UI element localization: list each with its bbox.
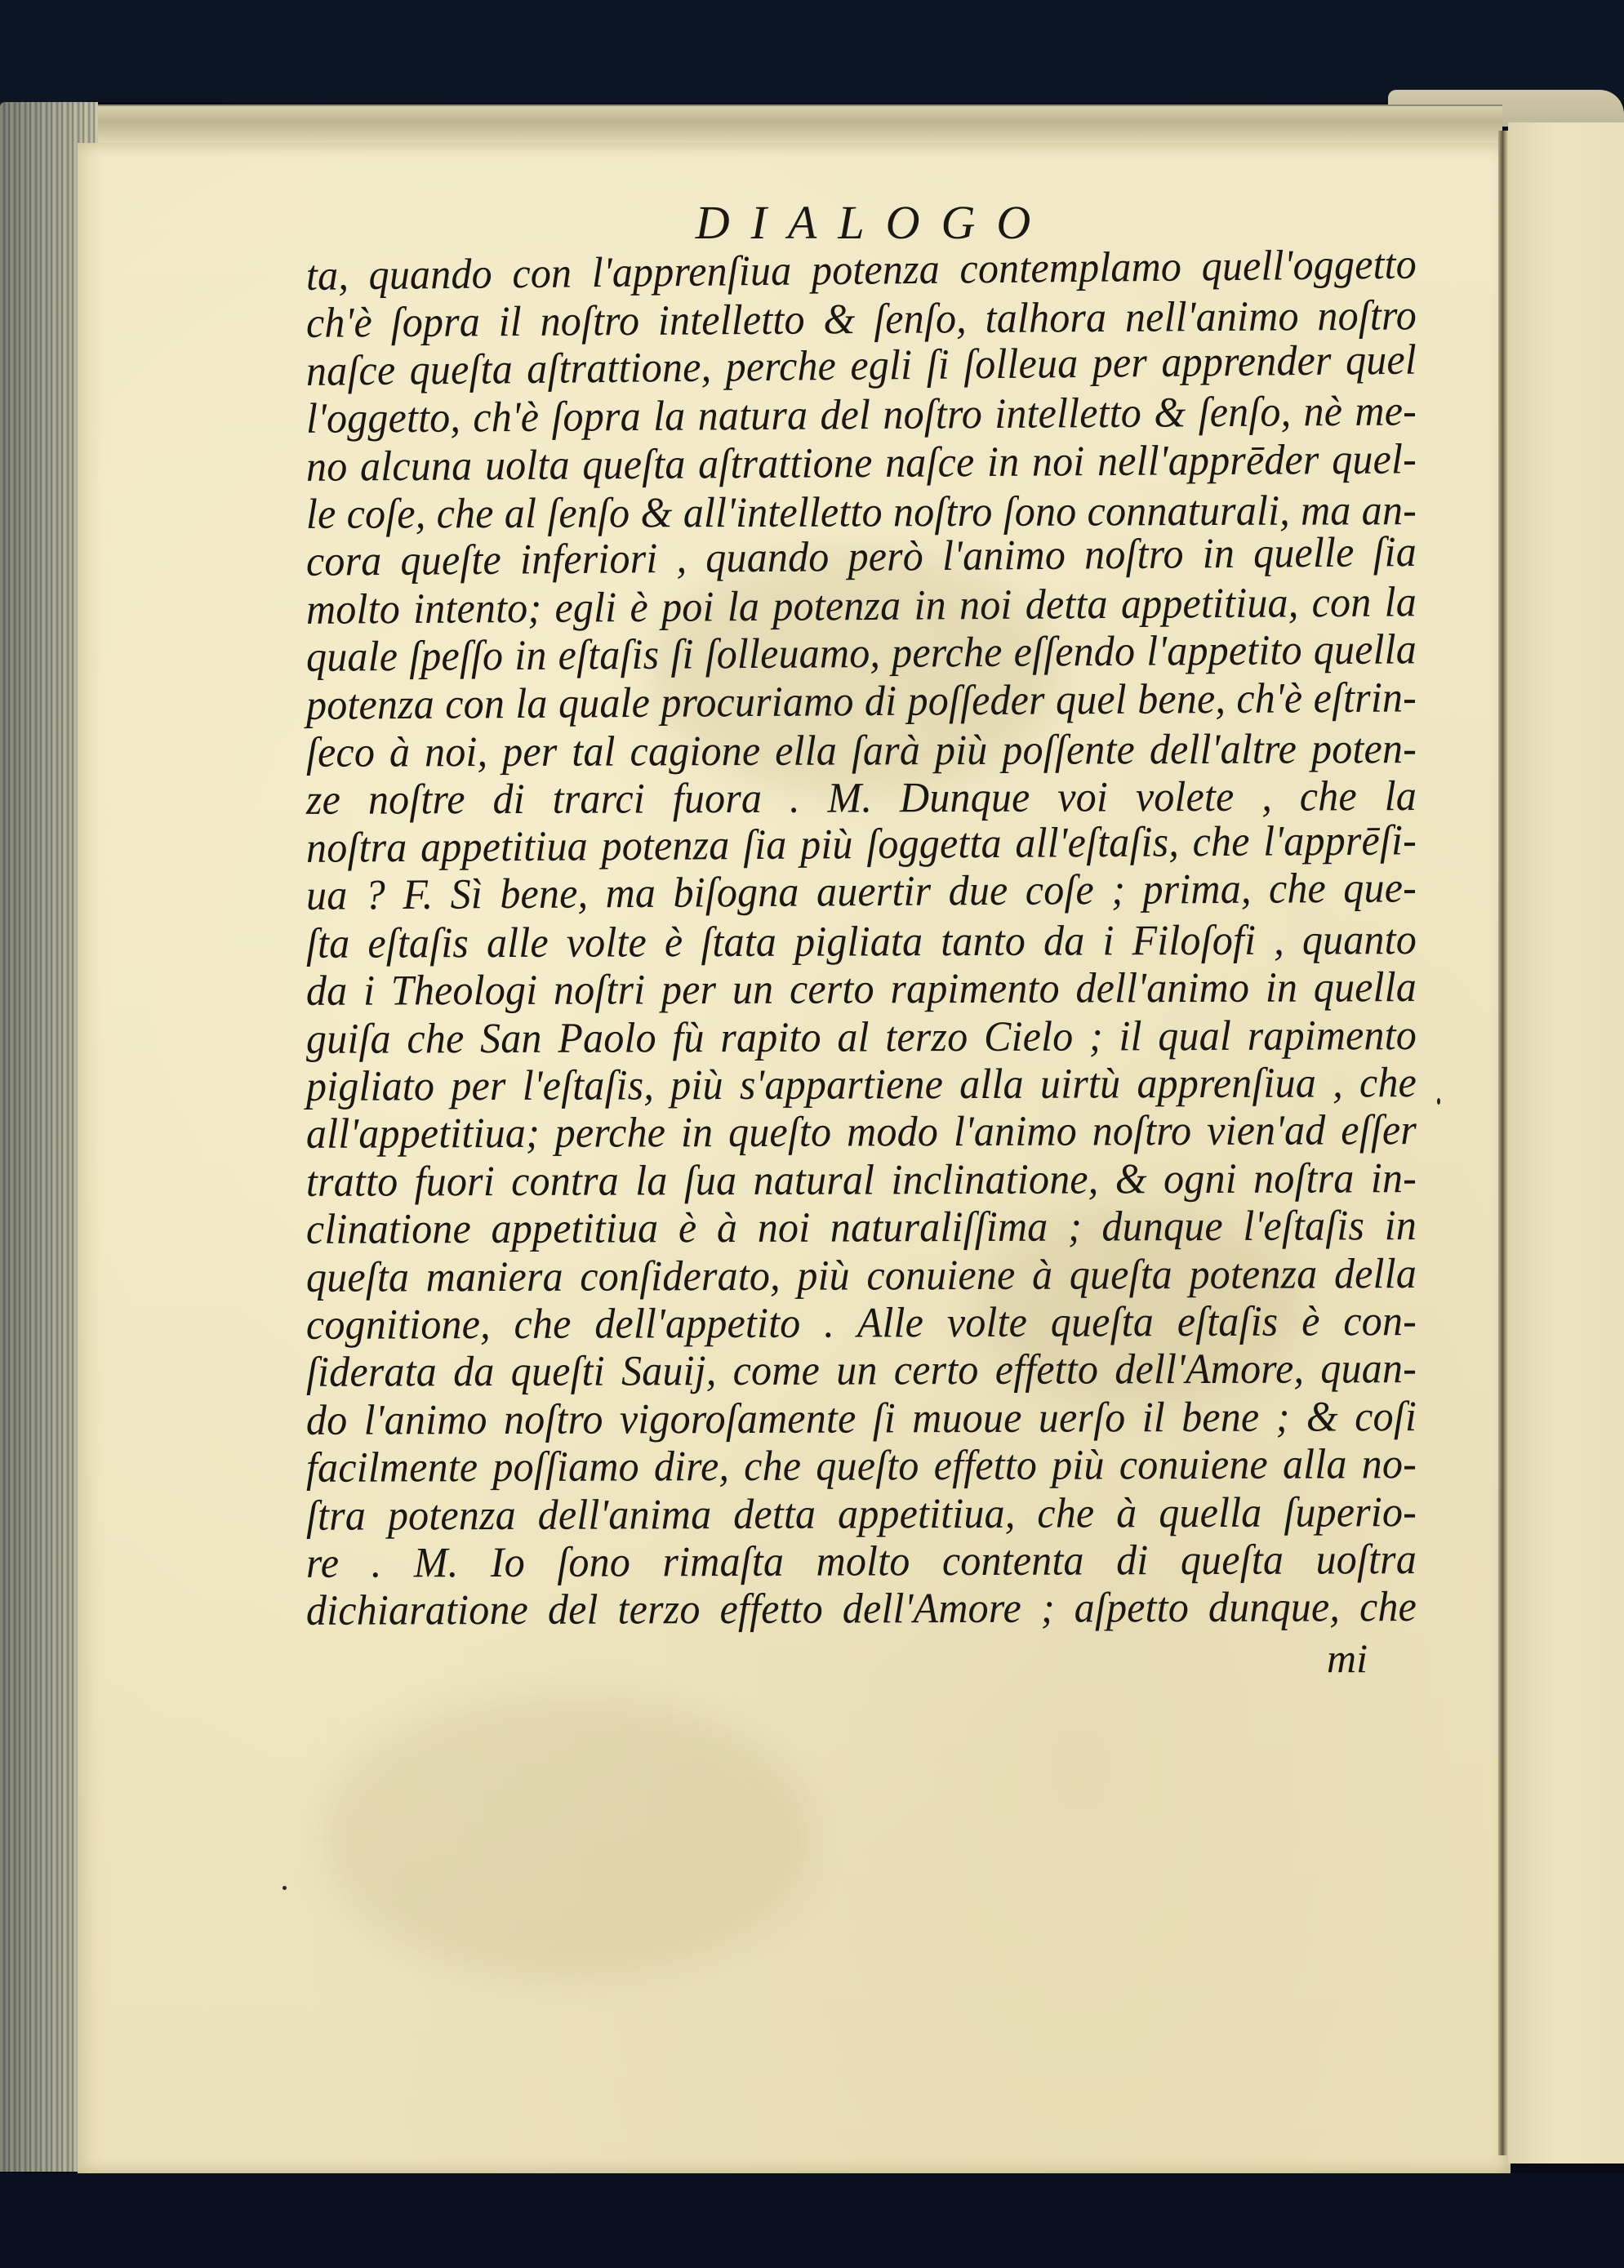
text-line: re . M. Io ſono rimaſta molto contenta d… [306,1534,1417,1588]
book-scan: DIALOGO ta, quando con l'apprenſiua pote… [0,0,1624,2268]
text-line: ſtra potenza dell'anima detta appetitiua… [306,1486,1417,1540]
text-line: ſta eſtaſis alle volte è ſtata pigliata … [306,914,1417,967]
book-gutter [1498,131,1508,2155]
text-line: ſeco à noi, per tal cagione ella ſarà pi… [306,723,1417,777]
background-cloth-bottom [0,2173,1624,2268]
text-line: ua ? F. Sì bene, ma biſogna auertir due … [306,862,1417,920]
page-text-block: DIALOGO ta, quando con l'apprenſiua pote… [306,194,1417,1682]
text-line: guiſa che San Paolo fù rapito al terzo C… [306,1009,1417,1063]
text-line: tratto fuori contra la ſua natural incli… [306,1153,1417,1207]
text-line: all'appetitiua; perche in queſto modo l'… [306,1105,1417,1158]
text-line: potenza con la quale procuriamo di poſſe… [306,672,1417,730]
catchword: mi [306,1634,1417,1682]
text-line: do l'animo noſtro vigoroſamente ſi muoue… [306,1391,1417,1445]
background-cloth-top [0,0,1624,102]
text-line: ſiderata da queſti Sauij, come un certo … [306,1343,1417,1397]
paper-stain [323,1694,812,1980]
page-top-edge [33,105,1502,145]
ink-speck [1437,1098,1440,1105]
text-line: da i Theologi noſtri per un certo rapime… [306,962,1417,1016]
facing-page-edge [1508,122,1624,2163]
text-line: clinatione appetitiua è à noi naturaliſſ… [306,1200,1417,1254]
ink-speck [283,1886,287,1890]
text-line: facilmente poſſiamo dire, che queſto eff… [306,1439,1417,1492]
text-line: no alcuna uolta queſta aſtrattione naſce… [306,434,1417,491]
text-line: dichiaratione del terzo effetto dell'Amo… [306,1581,1417,1635]
text-line: cognitione, che dell'appetito . Alle vol… [306,1296,1417,1350]
text-line: queſta maniera conſiderato, più conuiene… [306,1247,1417,1301]
text-line: pigliato per l'eſtaſis, più s'appartiene… [306,1057,1417,1111]
